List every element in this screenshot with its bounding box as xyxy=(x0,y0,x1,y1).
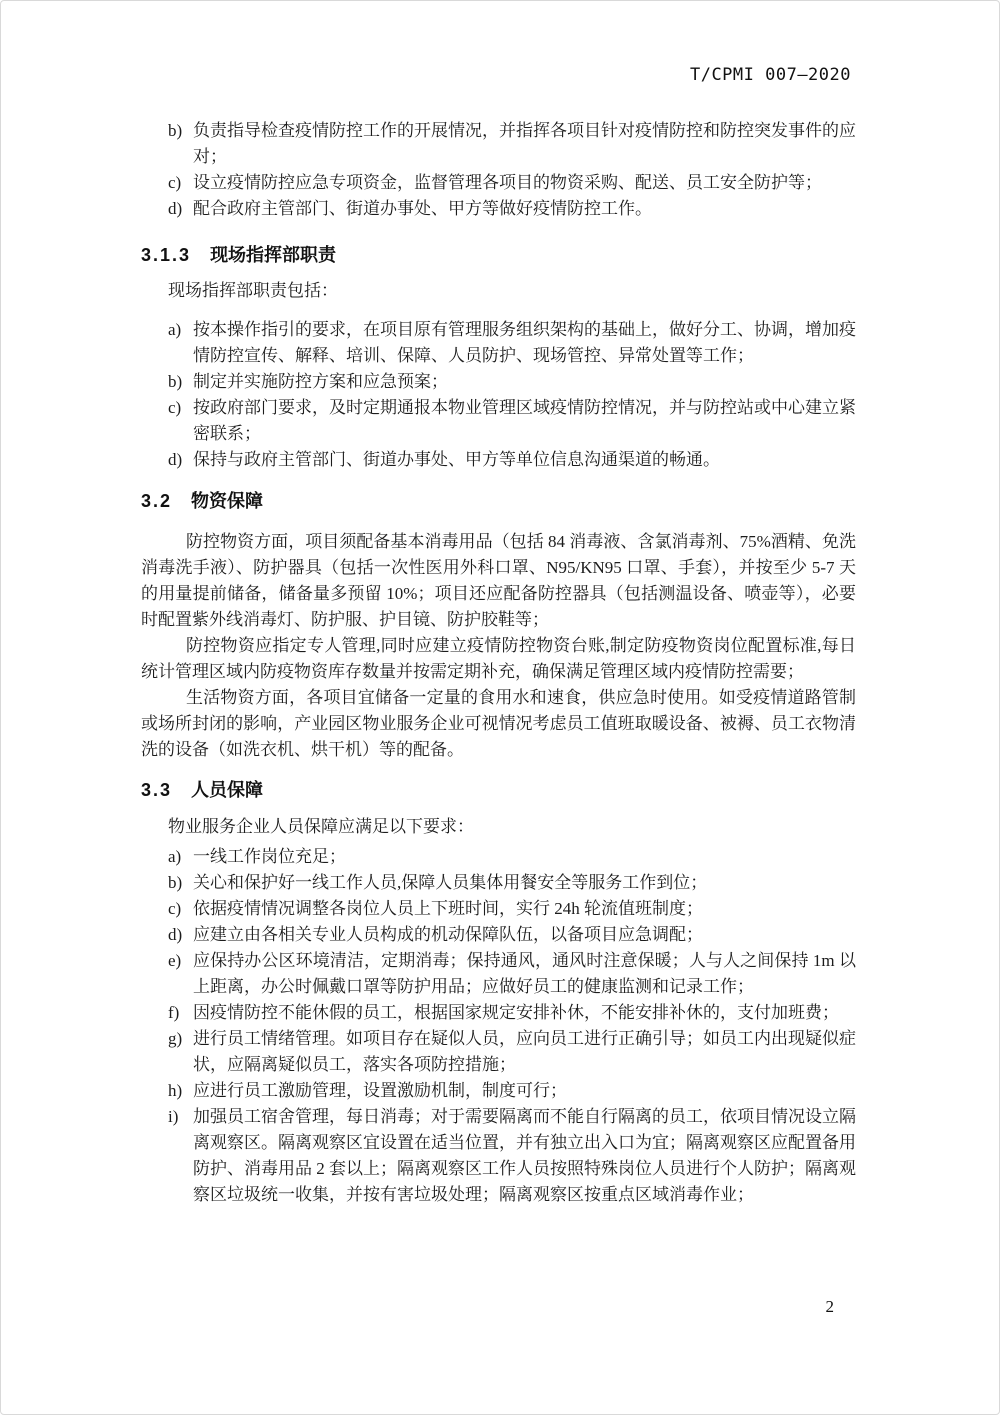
section-number: 3.2 xyxy=(141,491,172,511)
page-content: b) 负责指导检查疫情防控工作的开展情况，并指挥各项目针对疫情防控和防控突发事件… xyxy=(141,1,856,1208)
list-item-text: 配合政府主管部门、街道办事处、甲方等做好疫情防控工作。 xyxy=(193,199,652,218)
paragraph: 防控物资方面，项目须配备基本消毒用品（包括 84 消毒液、含氯消毒剂、75%酒精… xyxy=(141,529,856,633)
page-number: 2 xyxy=(141,1294,856,1320)
list-item-marker: c) xyxy=(168,896,181,922)
section-heading-3-2: 3.2 物资保障 xyxy=(141,489,856,513)
list-item-marker: f) xyxy=(168,1000,179,1026)
list-item: d) 应建立由各相关专业人员构成的机动保障队伍，以备项目应急调配； xyxy=(141,922,856,948)
list-item-marker: d) xyxy=(168,447,182,473)
list-item-marker: c) xyxy=(168,170,181,196)
list-item-text: 进行员工情绪管理。如项目存在疑似人员，应向员工进行正确引导；如员工内出现疑似症状… xyxy=(193,1029,856,1074)
list-item: f) 因疫情防控不能休假的员工，根据国家规定安排补休，不能安排补休的，支付加班费… xyxy=(141,1000,856,1026)
list-item: c) 按政府部门要求，及时定期通报本物业管理区域疫情防控情况，并与防控站或中心建… xyxy=(141,395,856,447)
list-3-1-3: a) 按本操作指引的要求，在项目原有管理服务组织架构的基础上，做好分工、协调，增… xyxy=(141,317,856,473)
list-item-marker: d) xyxy=(168,196,182,222)
list-item-text: 保持与政府主管部门、街道办事处、甲方等单位信息沟通渠道的畅通。 xyxy=(193,450,720,469)
paragraph: 生活物资方面，各项目宜储备一定量的食用水和速食，供应急时使用。如受疫情道路管制或… xyxy=(141,685,856,763)
document-page: T/CPMI 007—2020 b) 负责指导检查疫情防控工作的开展情况，并指挥… xyxy=(0,0,1000,1415)
list-item-text: 按政府部门要求，及时定期通报本物业管理区域疫情防控情况，并与防控站或中心建立紧密… xyxy=(193,398,856,443)
list-item: b) 制定并实施防控方案和应急预案； xyxy=(141,369,856,395)
list-item-marker: i) xyxy=(168,1104,178,1130)
list-item: d) 保持与政府主管部门、街道办事处、甲方等单位信息沟通渠道的畅通。 xyxy=(141,447,856,473)
list-item-marker: b) xyxy=(168,369,182,395)
list-item-marker: c) xyxy=(168,395,181,421)
section-title: 人员保障 xyxy=(191,780,263,800)
list-item: g) 进行员工情绪管理。如项目存在疑似人员，应向员工进行正确引导；如员工内出现疑… xyxy=(141,1026,856,1078)
list-item-text: 应建立由各相关专业人员构成的机动保障队伍，以备项目应急调配； xyxy=(193,925,703,944)
list-item-text: 制定并实施防控方案和应急预案； xyxy=(193,372,448,391)
list-item: a) 按本操作指引的要求，在项目原有管理服务组织架构的基础上，做好分工、协调，增… xyxy=(141,317,856,369)
list-item: b) 关心和保护好一线工作人员,保障人员集体用餐安全等服务工作到位； xyxy=(141,870,856,896)
list-item: h) 应进行员工激励管理，设置激励机制，制度可行； xyxy=(141,1078,856,1104)
list-3-3: a) 一线工作岗位充足； b) 关心和保护好一线工作人员,保障人员集体用餐安全等… xyxy=(141,844,856,1208)
list-item-text: 按本操作指引的要求，在项目原有管理服务组织架构的基础上，做好分工、协调，增加疫情… xyxy=(193,320,856,365)
section-number: 3.3 xyxy=(141,780,172,800)
paragraph: 防控物资应指定专人管理,同时应建立疫情防控物资台账,制定防疫物资岗位配置标准,每… xyxy=(141,633,856,685)
list-item: b) 负责指导检查疫情防控工作的开展情况，并指挥各项目针对疫情防控和防控突发事件… xyxy=(141,118,856,170)
section-heading-3-1-3: 3.1.3 现场指挥部职责 xyxy=(141,243,856,267)
list-item-text: 加强员工宿舍管理，每日消毒；对于需要隔离而不能自行隔离的员工，依项目情况设立隔离… xyxy=(193,1107,856,1204)
list-item-marker: g) xyxy=(168,1026,182,1052)
list-item-marker: h) xyxy=(168,1078,182,1104)
section-number: 3.1.3 xyxy=(141,245,191,265)
list-item-marker: e) xyxy=(168,948,181,974)
list-item: c) 设立疫情防控应急专项资金，监督管理各项目的物资采购、配送、员工安全防护等； xyxy=(141,170,856,196)
section-lead: 现场指挥部职责包括： xyxy=(141,278,856,304)
list-item: i) 加强员工宿舍管理，每日消毒；对于需要隔离而不能自行隔离的员工，依项目情况设… xyxy=(141,1104,856,1208)
list-item-marker: b) xyxy=(168,118,182,144)
section-lead: 物业服务企业人员保障应满足以下要求： xyxy=(141,814,856,840)
list-item-text: 因疫情防控不能休假的员工，根据国家规定安排补休，不能安排补休的，支付加班费； xyxy=(193,1003,839,1022)
section-title: 物资保障 xyxy=(191,491,263,511)
carryover-list: b) 负责指导检查疫情防控工作的开展情况，并指挥各项目针对疫情防控和防控突发事件… xyxy=(141,118,856,222)
list-item: e) 应保持办公区环境清洁，定期消毒；保持通风，通风时注意保暖；人与人之间保持 … xyxy=(141,948,856,1000)
list-item-text: 应进行员工激励管理，设置激励机制，制度可行； xyxy=(193,1081,567,1100)
list-item-text: 应保持办公区环境清洁，定期消毒；保持通风，通风时注意保暖；人与人之间保持 1m … xyxy=(193,951,856,996)
list-item-text: 关心和保护好一线工作人员,保障人员集体用餐安全等服务工作到位； xyxy=(193,873,707,892)
list-item-text: 设立疫情防控应急专项资金，监督管理各项目的物资采购、配送、员工安全防护等； xyxy=(193,173,822,192)
section-heading-3-3: 3.3 人员保障 xyxy=(141,778,856,802)
list-item-marker: d) xyxy=(168,922,182,948)
section-title: 现场指挥部职责 xyxy=(210,245,336,265)
list-item: a) 一线工作岗位充足； xyxy=(141,844,856,870)
list-item-text: 依据疫情情况调整各岗位人员上下班时间，实行 24h 轮流值班制度； xyxy=(193,899,703,918)
list-item: d) 配合政府主管部门、街道办事处、甲方等做好疫情防控工作。 xyxy=(141,196,856,222)
list-item-text: 负责指导检查疫情防控工作的开展情况，并指挥各项目针对疫情防控和防控突发事件的应对… xyxy=(193,121,856,166)
list-item: c) 依据疫情情况调整各岗位人员上下班时间，实行 24h 轮流值班制度； xyxy=(141,896,856,922)
list-item-text: 一线工作岗位充足； xyxy=(193,847,346,866)
list-item-marker: b) xyxy=(168,870,182,896)
list-item-marker: a) xyxy=(168,844,181,870)
list-item-marker: a) xyxy=(168,317,181,343)
